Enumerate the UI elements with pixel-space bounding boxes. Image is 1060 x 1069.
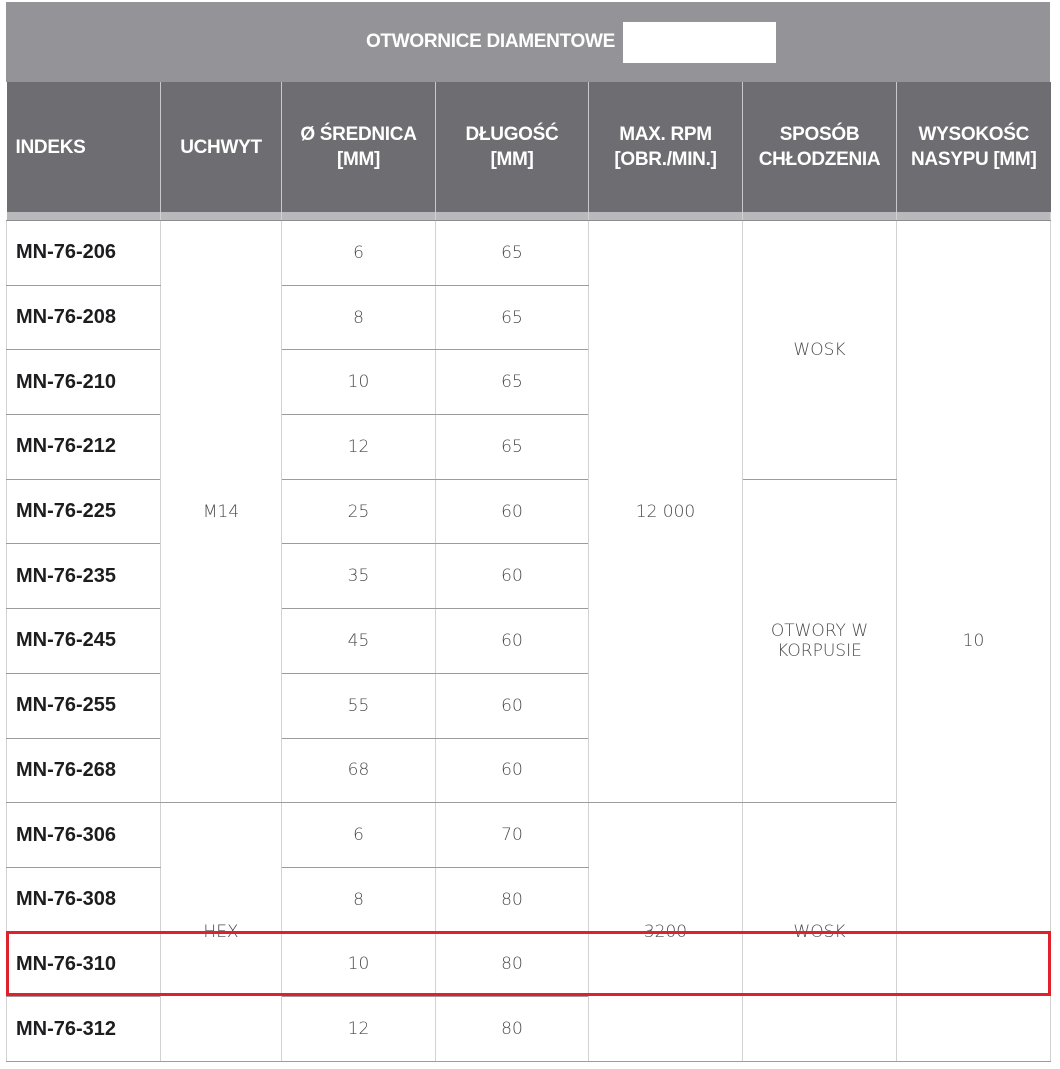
cell-chlodzenie-wosk-2: WOSK [743, 803, 897, 1062]
cell-dlugosc: 65 [436, 415, 589, 480]
header-row: INDEKS UCHWYT Ø ŚREDNICA [MM] DŁUGOŚĆ [M… [7, 82, 1051, 212]
cell-uchwyt-hex: HEX [161, 803, 282, 1062]
cell-indeks: MN-76-310 [7, 932, 161, 997]
cell-indeks: MN-76-206 [7, 221, 161, 286]
cell-dlugosc: 60 [436, 673, 589, 738]
product-table-container: OTWORNICE DIAMENTOWE INDEKS UCHWYT Ø ŚRE… [6, 2, 1050, 1062]
cell-indeks: MN-76-306 [7, 803, 161, 868]
cell-srednica: 68 [282, 738, 436, 803]
table-row: MN-76-306HEX6703200WOSK [7, 803, 1051, 868]
redacted-box [623, 22, 776, 63]
cell-indeks: MN-76-225 [7, 479, 161, 544]
cell-dlugosc: 60 [436, 479, 589, 544]
cell-nasyp: 10 [897, 221, 1051, 1062]
cell-srednica: 6 [282, 221, 436, 286]
cell-indeks: MN-76-268 [7, 738, 161, 803]
cell-chlodzenie-wosk: WOSK [743, 221, 897, 480]
header-divider-strip [7, 212, 1051, 221]
cell-dlugosc: 60 [436, 544, 589, 609]
cell-indeks: MN-76-235 [7, 544, 161, 609]
cell-uchwyt-m14: M14 [161, 221, 282, 803]
cell-srednica: 25 [282, 479, 436, 544]
cell-rpm-3200: 3200 [589, 803, 743, 1062]
cell-indeks: MN-76-308 [7, 867, 161, 932]
table-title-bar: OTWORNICE DIAMENTOWE [6, 2, 1050, 82]
cell-srednica: 12 [282, 997, 436, 1062]
cell-srednica: 12 [282, 415, 436, 480]
cell-srednica: 8 [282, 867, 436, 932]
cell-srednica: 10 [282, 350, 436, 415]
header-chlodzenie: SPOSÓB CHŁODZENIA [743, 82, 897, 212]
header-dlugosc: DŁUGOŚĆ [MM] [436, 82, 589, 212]
cell-dlugosc: 60 [436, 738, 589, 803]
cell-indeks: MN-76-245 [7, 609, 161, 674]
cell-dlugosc: 65 [436, 285, 589, 350]
cell-dlugosc: 65 [436, 221, 589, 286]
cell-srednica: 35 [282, 544, 436, 609]
cell-indeks: MN-76-208 [7, 285, 161, 350]
cell-dlugosc: 70 [436, 803, 589, 868]
cell-srednica: 55 [282, 673, 436, 738]
header-srednica: Ø ŚREDNICA [MM] [282, 82, 436, 212]
header-uchwyt: UCHWYT [161, 82, 282, 212]
cell-dlugosc: 65 [436, 350, 589, 415]
header-indeks: INDEKS [7, 82, 161, 212]
cell-dlugosc: 80 [436, 997, 589, 1062]
header-nasyp: WYSOKOŚC NASYPU [MM] [897, 82, 1051, 212]
cell-srednica: 45 [282, 609, 436, 674]
cell-srednica: 8 [282, 285, 436, 350]
cell-dlugosc: 80 [436, 867, 589, 932]
cell-srednica: 10 [282, 932, 436, 997]
cell-indeks: MN-76-210 [7, 350, 161, 415]
cell-chlodzenie-otwory: OTWORY W KORPUSIE [743, 479, 897, 802]
cell-indeks: MN-76-255 [7, 673, 161, 738]
header-rpm: MAX. RPM [OBR./MIN.] [589, 82, 743, 212]
cell-srednica: 6 [282, 803, 436, 868]
cell-indeks: MN-76-312 [7, 997, 161, 1062]
table-row: MN-76-206M1466512 000WOSK10 [7, 221, 1051, 286]
cell-dlugosc: 60 [436, 609, 589, 674]
table-title: OTWORNICE DIAMENTOWE [366, 31, 615, 53]
cell-indeks: MN-76-212 [7, 415, 161, 480]
product-table: INDEKS UCHWYT Ø ŚREDNICA [MM] DŁUGOŚĆ [M… [6, 82, 1051, 1062]
cell-rpm-12000: 12 000 [589, 221, 743, 803]
cell-dlugosc: 80 [436, 932, 589, 997]
